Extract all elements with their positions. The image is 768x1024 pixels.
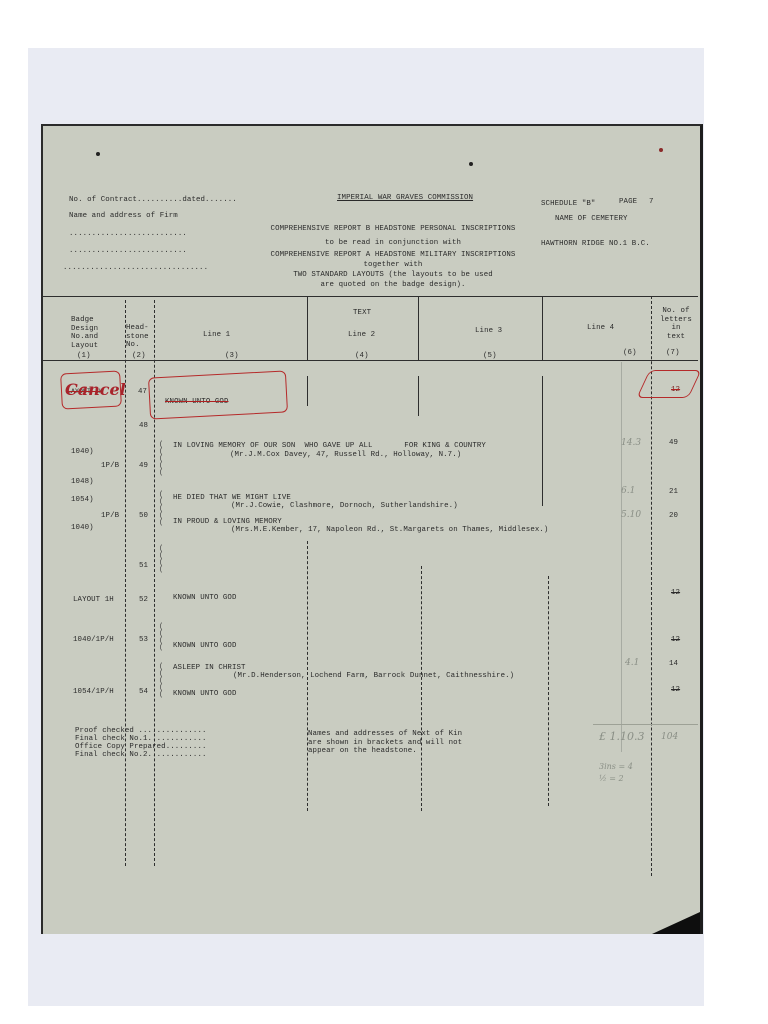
row53-letters: 12: [671, 636, 680, 645]
col-num-5: (5): [483, 352, 497, 361]
col-header-text-group: TEXT: [353, 309, 371, 318]
cemetery-name: HAWTHORN RIDGE NO.1 B.C.: [541, 240, 650, 249]
row54-badge: 1054/1P/H: [73, 688, 114, 697]
page-label: PAGE: [619, 198, 637, 207]
organization-title: IMPERIAL WAR GRAVES COMMISSION: [337, 194, 473, 203]
firm-label: Name and address of Firm: [69, 212, 178, 221]
brace: ( ( ( ( (: [159, 442, 163, 477]
row50-badge-c: 1040): [71, 524, 94, 533]
row49-kin: (Mr.J.M.Cox Davey, 47, Russell Rd., Holl…: [230, 451, 461, 460]
col-stub: [548, 576, 549, 806]
row47-text: KNOWN UNTO GOD: [165, 398, 229, 407]
brace: ( ( ( (: [159, 624, 163, 652]
col-divider-5: [542, 296, 543, 360]
final-check-2: Final check No.2.............: [75, 751, 207, 760]
report-line-6: are quoted on the badge design).: [243, 281, 543, 290]
col-num-1: (1): [77, 352, 91, 361]
col-divider-3: [307, 296, 308, 360]
row51-headstone: 51: [139, 562, 148, 571]
document-sheet: No. of Contract..........dated....... Na…: [41, 124, 703, 934]
row47-headstone: 47: [138, 388, 147, 397]
ink-speck: [96, 152, 100, 156]
brace: ( ( ( (: [159, 546, 163, 574]
row49-headstone: 49: [139, 462, 148, 471]
row50-headstone: 50: [139, 512, 148, 521]
col-stub: [418, 376, 419, 416]
row54-letters: 14: [669, 660, 678, 669]
col-header-line2: Line 2: [348, 331, 375, 340]
col-stub: [542, 376, 543, 506]
row50-pencil-cost2: 5.10: [621, 510, 641, 520]
col-stub: [421, 566, 422, 811]
kin-note: Names and addresses of Next of Kin are s…: [308, 730, 462, 756]
brace: ( ( ( ( (: [159, 492, 163, 527]
row49-badge-b: 1P/B: [101, 462, 119, 471]
report-line-2: to be read in conjunction with: [243, 239, 543, 248]
row49-badge-a: 1040): [71, 448, 94, 457]
report-line-3: COMPREHENSIVE REPORT A HEADSTONE MILITAR…: [243, 251, 543, 260]
row50-letters: 21: [669, 488, 678, 497]
row50-kin2: (Mrs.M.E.Kember, 17, Napoleon Rd., St.Ma…: [231, 526, 548, 535]
contract-line: No. of Contract..........dated.......: [69, 196, 237, 205]
report-line-4: together with: [243, 261, 543, 270]
col-num-6: (6): [623, 349, 637, 358]
page-number: 7: [649, 198, 654, 207]
row52-letters: 12: [671, 589, 680, 598]
cancel-box-letters: [636, 370, 701, 398]
row52-headstone: 52: [139, 596, 148, 605]
firm-line-2: ..........................: [69, 247, 187, 256]
total-rule: [593, 724, 698, 725]
row50-letters2: 20: [669, 512, 678, 521]
ink-speck: [469, 162, 473, 166]
report-line-5: TWO STANDARD LAYOUTS (the layouts to be …: [243, 271, 543, 280]
row53-headstone: 53: [139, 636, 148, 645]
cancel-scrawl: Cancel: [65, 380, 126, 399]
col-num-2: (2): [132, 352, 146, 361]
row50-kin: (Mr.J.Cowie, Clashmore, Dornoch, Sutherl…: [231, 502, 458, 511]
col-header-line3: Line 3: [475, 327, 502, 336]
folded-corner: [652, 912, 700, 934]
row54-pencil-cost: 4.1: [625, 658, 639, 668]
col-header-headstone: Head- stone No.: [126, 324, 149, 350]
firm-line-3: ................................: [63, 264, 208, 273]
row49-badge-c: 1048): [71, 478, 94, 487]
col-header-line4: Line 4: [587, 324, 614, 333]
col-num-7: (7): [666, 349, 680, 358]
firm-line-1: ..........................: [69, 230, 187, 239]
cancel-box-text: [148, 370, 288, 419]
ink-speck: [659, 148, 663, 152]
row49-pencil-cost: 14.3: [621, 438, 641, 448]
pencil-note-2: ½ = 2: [599, 774, 624, 783]
pencil-rule: [621, 362, 622, 752]
row49-letters: 49: [669, 439, 678, 448]
row50-pencil-cost: 6.1: [621, 486, 635, 496]
total-cost: £ 1.10.3: [599, 730, 644, 743]
brace: ( ( ( ( (: [159, 664, 163, 699]
col-stub: [307, 376, 308, 406]
report-line-1: COMPREHENSIVE REPORT B HEADSTONE PERSONA…: [243, 225, 543, 234]
row53-badge: 1040/1P/H: [73, 636, 114, 645]
pencil-note-1: 3ins = 4: [599, 762, 633, 771]
col-divider-4: [418, 296, 419, 360]
row48-headstone: 48: [139, 422, 148, 431]
schedule-label: SCHEDULE "B": [541, 200, 595, 209]
col-header-badge: Badge Design No.and Layout: [71, 316, 98, 350]
row50-badge-b: 1P/B: [101, 512, 119, 521]
total-letters: 104: [661, 732, 678, 742]
cemetery-label: NAME OF CEMETERY: [555, 215, 628, 224]
row54-kin: (Mr.D.Henderson, Lochend Farm, Barrock D…: [233, 672, 514, 681]
row49-text: IN LOVING MEMORY OF OUR SON WHO GAVE UP …: [173, 442, 486, 451]
row54-text2: KNOWN UNTO GOD: [173, 690, 237, 699]
col-num-4: (4): [355, 352, 369, 361]
col-header-letters: No. of letters in text: [653, 307, 699, 341]
row52-badge: LAYOUT 1H: [73, 596, 114, 605]
row52-text: KNOWN UNTO GOD: [173, 594, 237, 603]
row53-text: KNOWN UNTO GOD: [173, 642, 237, 651]
table-top-rule: [43, 296, 698, 297]
row54-letters2: 12: [671, 686, 680, 695]
row54-headstone: 54: [139, 688, 148, 697]
col-num-3: (3): [225, 352, 239, 361]
col-header-line1: Line 1: [203, 331, 230, 340]
row50-badge-a: 1054): [71, 496, 94, 505]
